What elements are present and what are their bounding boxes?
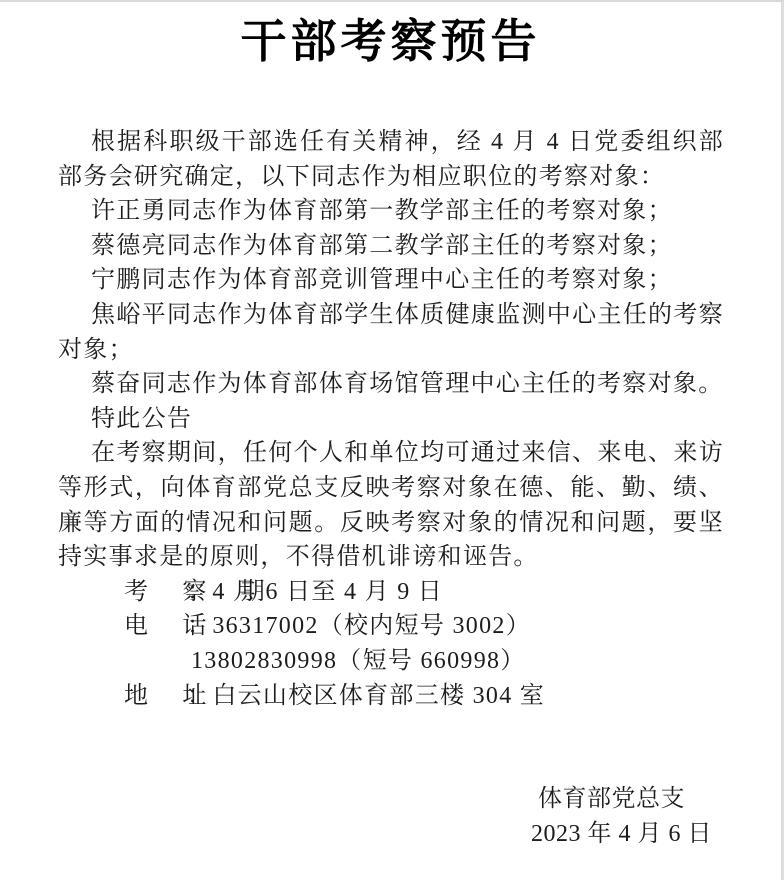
signature-organization: 体育部党总支 (0, 782, 781, 817)
candidate-item: 蔡德亮同志作为体育部第二教学部主任的考察对象； (58, 229, 724, 264)
candidate-item: 许正勇同志作为体育部第一教学部主任的考察对象； (58, 194, 724, 229)
candidate-item: 蔡奋同志作为体育部体育场馆管理中心主任的考察对象。 (58, 367, 724, 402)
feedback-paragraph: 在考察期间，任何个人和单位均可通过来信、来电、来访等形式，向体育部党总支反映考察… (58, 436, 724, 574)
candidate-item: 焦峪平同志作为体育部学生体质健康监测中心主任的考察对象； (58, 298, 724, 367)
inspection-period-value: 4 月 6 日至 4 月 9 日 (212, 579, 443, 605)
intro-paragraph: 根据科职级干部选任有关精神，经 4 月 4 日党委组织部部务会研究确定，以下同志… (58, 125, 724, 194)
phone-number-secondary: 13802830998（短号 660998） (58, 644, 724, 679)
address-label: 地址 (91, 679, 187, 714)
label-char: 考 (91, 575, 149, 610)
address-line: 地址：白云山校区体育部三楼 304 室 (58, 679, 724, 714)
inspection-period-label: 考察期 (91, 575, 187, 610)
label-colon: ： (187, 579, 212, 605)
phone-label: 电话 (91, 609, 187, 644)
label-char: 地 (91, 679, 149, 714)
phone-number-primary: 36317002（校内短号 3002） (212, 613, 531, 639)
notice-document-page: 干部考察预告 根据科职级干部选任有关精神，经 4 月 4 日党委组织部部务会研究… (0, 0, 784, 880)
label-colon: ： (187, 683, 212, 709)
label-char: 电 (91, 609, 149, 644)
signature-date: 2023 年 4 月 6 日 (0, 817, 781, 852)
candidate-item: 宁鹏同志作为体育部竞训管理中心主任的考察对象； (58, 263, 724, 298)
signature-block: 体育部党总支 2023 年 4 月 6 日 (0, 782, 781, 851)
page-title: 干部考察预告 (0, 16, 781, 66)
phone-line: 电话：36317002（校内短号 3002） (58, 609, 724, 644)
document-body: 根据科职级干部选任有关精神，经 4 月 4 日党委组织部部务会研究确定，以下同志… (58, 125, 724, 713)
label-colon: ： (187, 613, 212, 639)
address-value: 白云山校区体育部三楼 304 室 (212, 683, 545, 709)
inspection-period-line: 考察期：4 月 6 日至 4 月 9 日 (58, 575, 724, 610)
hereby-announced-line: 特此公告 (58, 402, 724, 437)
